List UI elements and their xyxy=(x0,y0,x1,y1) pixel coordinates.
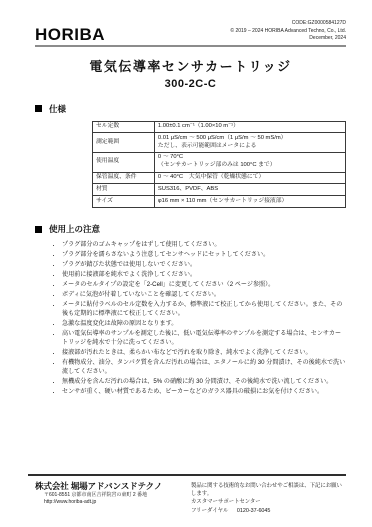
note-item: メータに貼付ラベルのセル定数を入力するか、標準液にて校正してから使用してください… xyxy=(62,300,346,318)
spec-value: SUS316、PVDF、ABS xyxy=(154,184,345,196)
note-item: ボディに気泡が付着していないことを確認してください。 xyxy=(62,290,346,299)
spec-row: 測定範囲 0.01 μS/cm ～ 500 μS/cm（1 μS/m ～ 50 … xyxy=(93,133,346,153)
spec-value: φ16 mm × 110 mm（センサカートリッジ接液部） xyxy=(154,196,345,208)
support-note: 製品に関する技術的なお問い合わせやご相談は、下記にお願いします。 xyxy=(191,482,346,499)
document-page: HORIBA CODE:GZ0000584127D © 2019 – 2024 … xyxy=(0,0,372,527)
square-bullet-icon xyxy=(35,105,42,112)
issue-date: December, 2024 xyxy=(230,35,346,43)
note-item: センサが重く、硬い材質であるため、ビーカーなどのガラス器具の破損にお気を付けくだ… xyxy=(62,387,346,396)
note-item: プラグ部分のゴムキャップをはずして使用してください。 xyxy=(62,240,346,249)
square-bullet-icon xyxy=(35,226,42,233)
spec-row: 保管温度、条件 0 ～ 40°C 大気中保管（乾燥状態にて） xyxy=(93,172,346,184)
notes-section-heading: 使用上の注意 xyxy=(35,223,346,235)
horiba-logo: HORIBA xyxy=(35,26,105,43)
note-item: 使用前に接液部を純水でよく洗浄してください。 xyxy=(62,270,346,279)
header-divider xyxy=(35,45,346,47)
phone-label: フリーダイヤル xyxy=(191,507,228,515)
spec-row: 材質 SUS316、PVDF、ABS xyxy=(93,184,346,196)
support-center-label: カスタマーサポートセンター xyxy=(191,498,346,506)
footer-company-block: 株式会社 堀場アドバンスドテクノ 〒601-8551 京都市南区吉祥院宮の東町 … xyxy=(35,480,182,516)
footer-divider xyxy=(28,474,346,476)
note-item: 急激な温度変化は故障の原因となります。 xyxy=(62,319,346,328)
document-title: 電気伝導率センサカートリッジ xyxy=(35,56,346,75)
spec-table: セル定数 1.00±0.1 cm⁻¹（1.00×10 m⁻¹） 測定範囲 0.0… xyxy=(92,121,346,209)
note-item: プラグが錆びた状態では使用しないでください。 xyxy=(62,260,346,269)
footer-support-block: 製品に関する技術的なお問い合わせやご相談は、下記にお願いします。 カスタマーサポ… xyxy=(191,480,346,516)
spec-value: 1.00±0.1 cm⁻¹（1.00×10 m⁻¹） xyxy=(154,121,345,133)
note-item: メータのセルタイプの設定を「2-Cell」に変更してください（2 ページ参照）。 xyxy=(62,280,346,289)
model-number: 300-2C-C xyxy=(35,78,346,90)
company-address: 〒601-8551 京都市南区吉祥院宮の東町 2 番地 xyxy=(44,492,182,500)
spec-value: 0.01 μS/cm ～ 500 μS/cm（1 μS/m ～ 50 mS/m）… xyxy=(154,133,345,153)
notes-heading-label: 使用上の注意 xyxy=(49,223,100,235)
notes-list: プラグ部分のゴムキャップをはずして使用してください。 プラグ部分を濡らさないよう… xyxy=(35,240,346,397)
note-item: 有機物成分、油分、タンパク質を含んだ汚れの場合は、エタノールに約 30 分間漬け… xyxy=(62,358,346,376)
spec-label: 保管温度、条件 xyxy=(93,172,155,184)
note-item: 接液部が汚れたときは、柔らかい布などで汚れを取り除き、純水でよく洗浄してください… xyxy=(62,348,346,357)
footer: 株式会社 堀場アドバンスドテクノ 〒601-8551 京都市南区吉祥院宮の東町 … xyxy=(35,474,346,516)
document-code: CODE:GZ0000584127D xyxy=(230,20,346,28)
note-item: 高い電気伝導率のサンプルを測定した後に、低い電気伝導率のサンプルを測定する場合は… xyxy=(62,329,346,347)
spec-heading-label: 仕様 xyxy=(49,103,66,115)
spec-label: 使用温度 xyxy=(93,152,155,172)
support-phone-row: フリーダイヤル 0120-37-6045 xyxy=(191,507,346,515)
spec-row: 使用温度 0 ～ 70°C （センサカートリッジ部のみは 100°C まで） xyxy=(93,152,346,172)
header: HORIBA CODE:GZ0000584127D © 2019 – 2024 … xyxy=(35,20,346,43)
header-meta: CODE:GZ0000584127D © 2019 – 2024 HORIBA … xyxy=(230,20,346,43)
spec-label: サイズ xyxy=(93,196,155,208)
note-item: 無機成分を含んだ汚れの場合は、5% の硝酸に約 30 分間漬け、その後純水で洗い… xyxy=(62,377,346,386)
spec-section-heading: 仕様 xyxy=(35,103,346,115)
spec-label: 材質 xyxy=(93,184,155,196)
spec-row: サイズ φ16 mm × 110 mm（センサカートリッジ接液部） xyxy=(93,196,346,208)
company-url: http://www.horiba-adt.jp xyxy=(44,499,182,507)
company-name: 株式会社 堀場アドバンスドテクノ xyxy=(35,480,182,492)
spec-label: セル定数 xyxy=(93,121,155,133)
spec-row: セル定数 1.00±0.1 cm⁻¹（1.00×10 m⁻¹） xyxy=(93,121,346,133)
title-block: 電気伝導率センサカートリッジ 300-2C-C xyxy=(35,56,346,90)
note-item: プラグ部分を濡らさないよう注意してセンサヘッドにセットしてください。 xyxy=(62,250,346,259)
copyright-line: © 2019 – 2024 HORIBA Advanced Techno, Co… xyxy=(230,28,346,36)
phone-number: 0120-37-6045 xyxy=(237,507,271,515)
spec-label: 測定範囲 xyxy=(93,133,155,153)
spec-value: 0 ～ 70°C （センサカートリッジ部のみは 100°C まで） xyxy=(154,152,345,172)
spec-value: 0 ～ 40°C 大気中保管（乾燥状態にて） xyxy=(154,172,345,184)
